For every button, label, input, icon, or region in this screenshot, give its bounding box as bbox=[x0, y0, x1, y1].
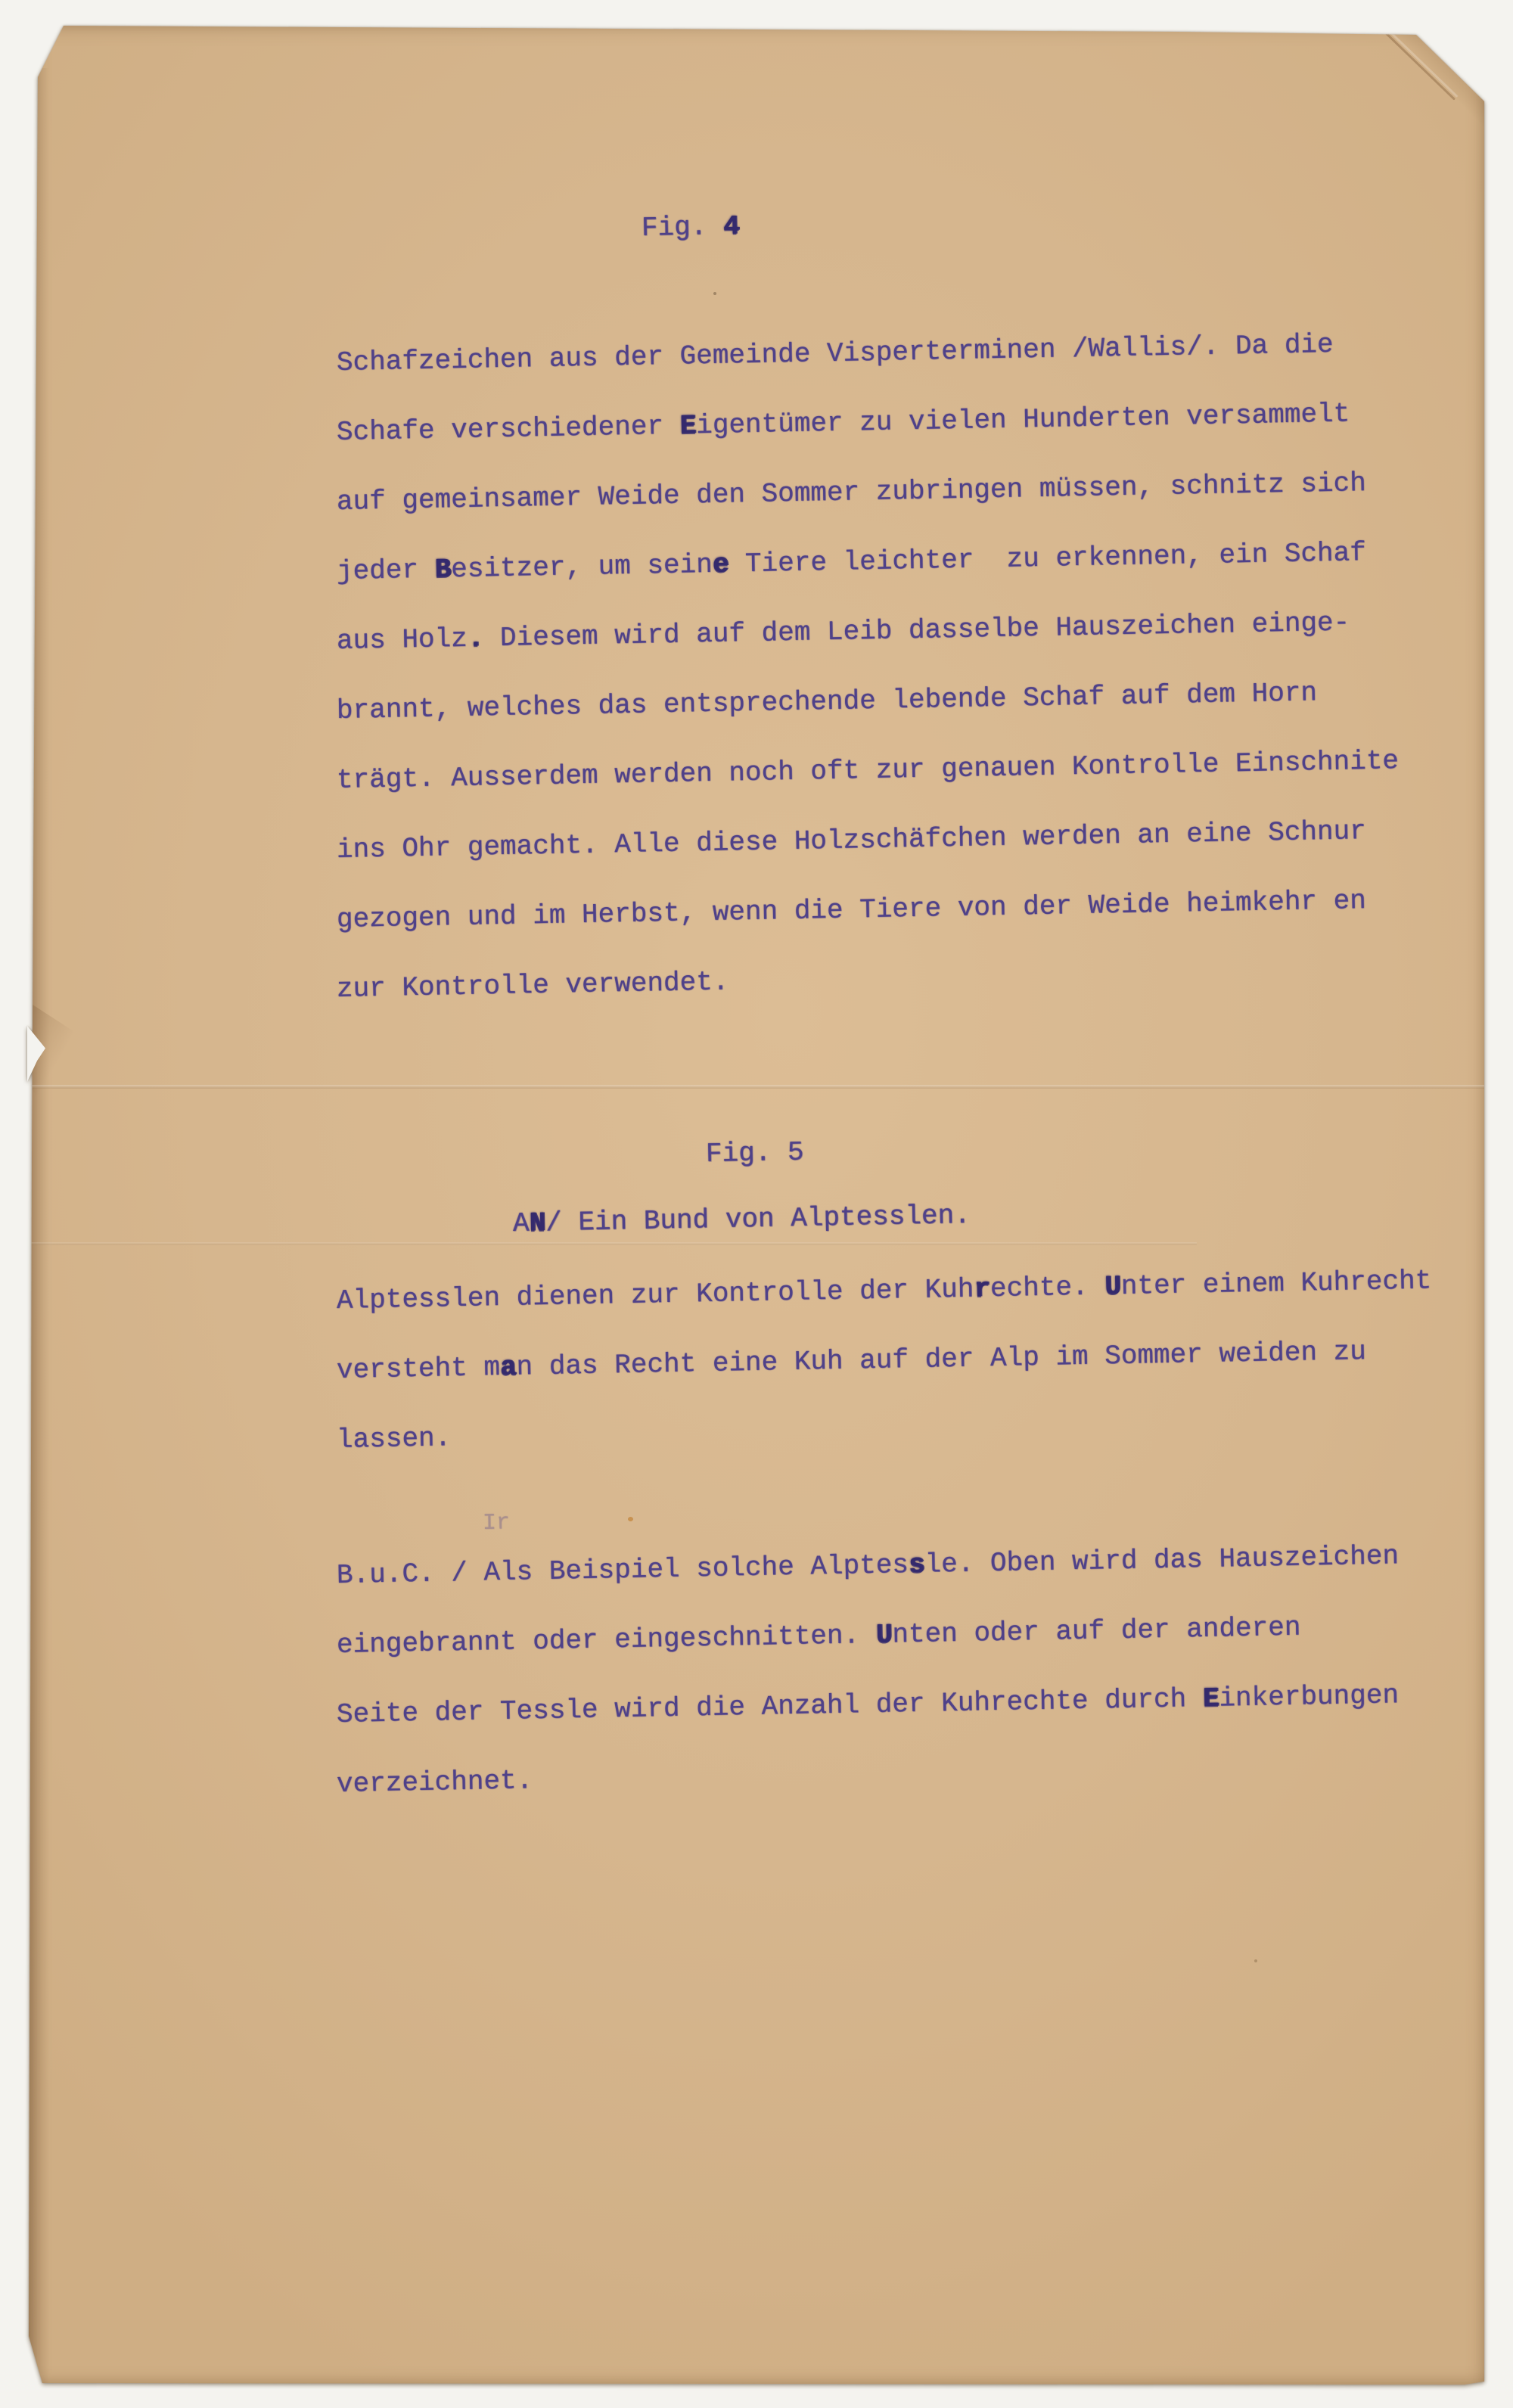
overstruck-character: 4 bbox=[723, 211, 740, 242]
overstruck-character: E bbox=[1202, 1683, 1219, 1714]
overstruck-character: r bbox=[974, 1273, 990, 1304]
figure-5-heading: Fig. 5 bbox=[706, 1120, 804, 1189]
overstruck-character: . bbox=[467, 623, 483, 654]
overstruck-character: e bbox=[712, 549, 729, 580]
overstruck-character: E bbox=[679, 410, 696, 441]
overstruck-character: U bbox=[1104, 1271, 1121, 1302]
overstruck-character: U bbox=[875, 1620, 892, 1651]
figure-5-caption: AN/ Ein Bund von Alptesslen. bbox=[513, 1189, 971, 1259]
overstruck-character: a bbox=[500, 1352, 517, 1383]
overstruck-character: s bbox=[909, 1549, 925, 1580]
overstruck-character: N bbox=[529, 1207, 545, 1238]
paper-sheet: Fig. 4 Schafzeichen aus der Gemeinde Vis… bbox=[29, 23, 1484, 2385]
scanned-document: Fig. 4 Schafzeichen aus der Gemeinde Vis… bbox=[0, 0, 1513, 2408]
figure-4-heading: Fig. 4 bbox=[642, 194, 740, 263]
typed-line: AN/ Ein Bund von Alptesslen. bbox=[512, 1181, 971, 1259]
figure-4-paragraph: Schafzeichen aus der Gemeinde Visperterm… bbox=[337, 328, 1399, 1024]
figure-5-paragraph-a: Alptesslen dienen zur Kontrolle der Kuhr… bbox=[337, 1266, 1431, 1475]
paper-surface: Fig. 4 Schafzeichen aus der Gemeinde Vis… bbox=[29, 23, 1484, 2385]
typewritten-text-layer: Fig. 4 Schafzeichen aus der Gemeinde Vis… bbox=[29, 23, 1484, 2385]
figure-5-paragraph-b: B.u.C. / Als Beispiel solche Alptessle. … bbox=[337, 1541, 1399, 1819]
typed-line: Fig. 4 bbox=[641, 192, 740, 263]
overstruck-character: B bbox=[434, 554, 451, 585]
typed-line: Fig. 5 bbox=[705, 1118, 804, 1189]
